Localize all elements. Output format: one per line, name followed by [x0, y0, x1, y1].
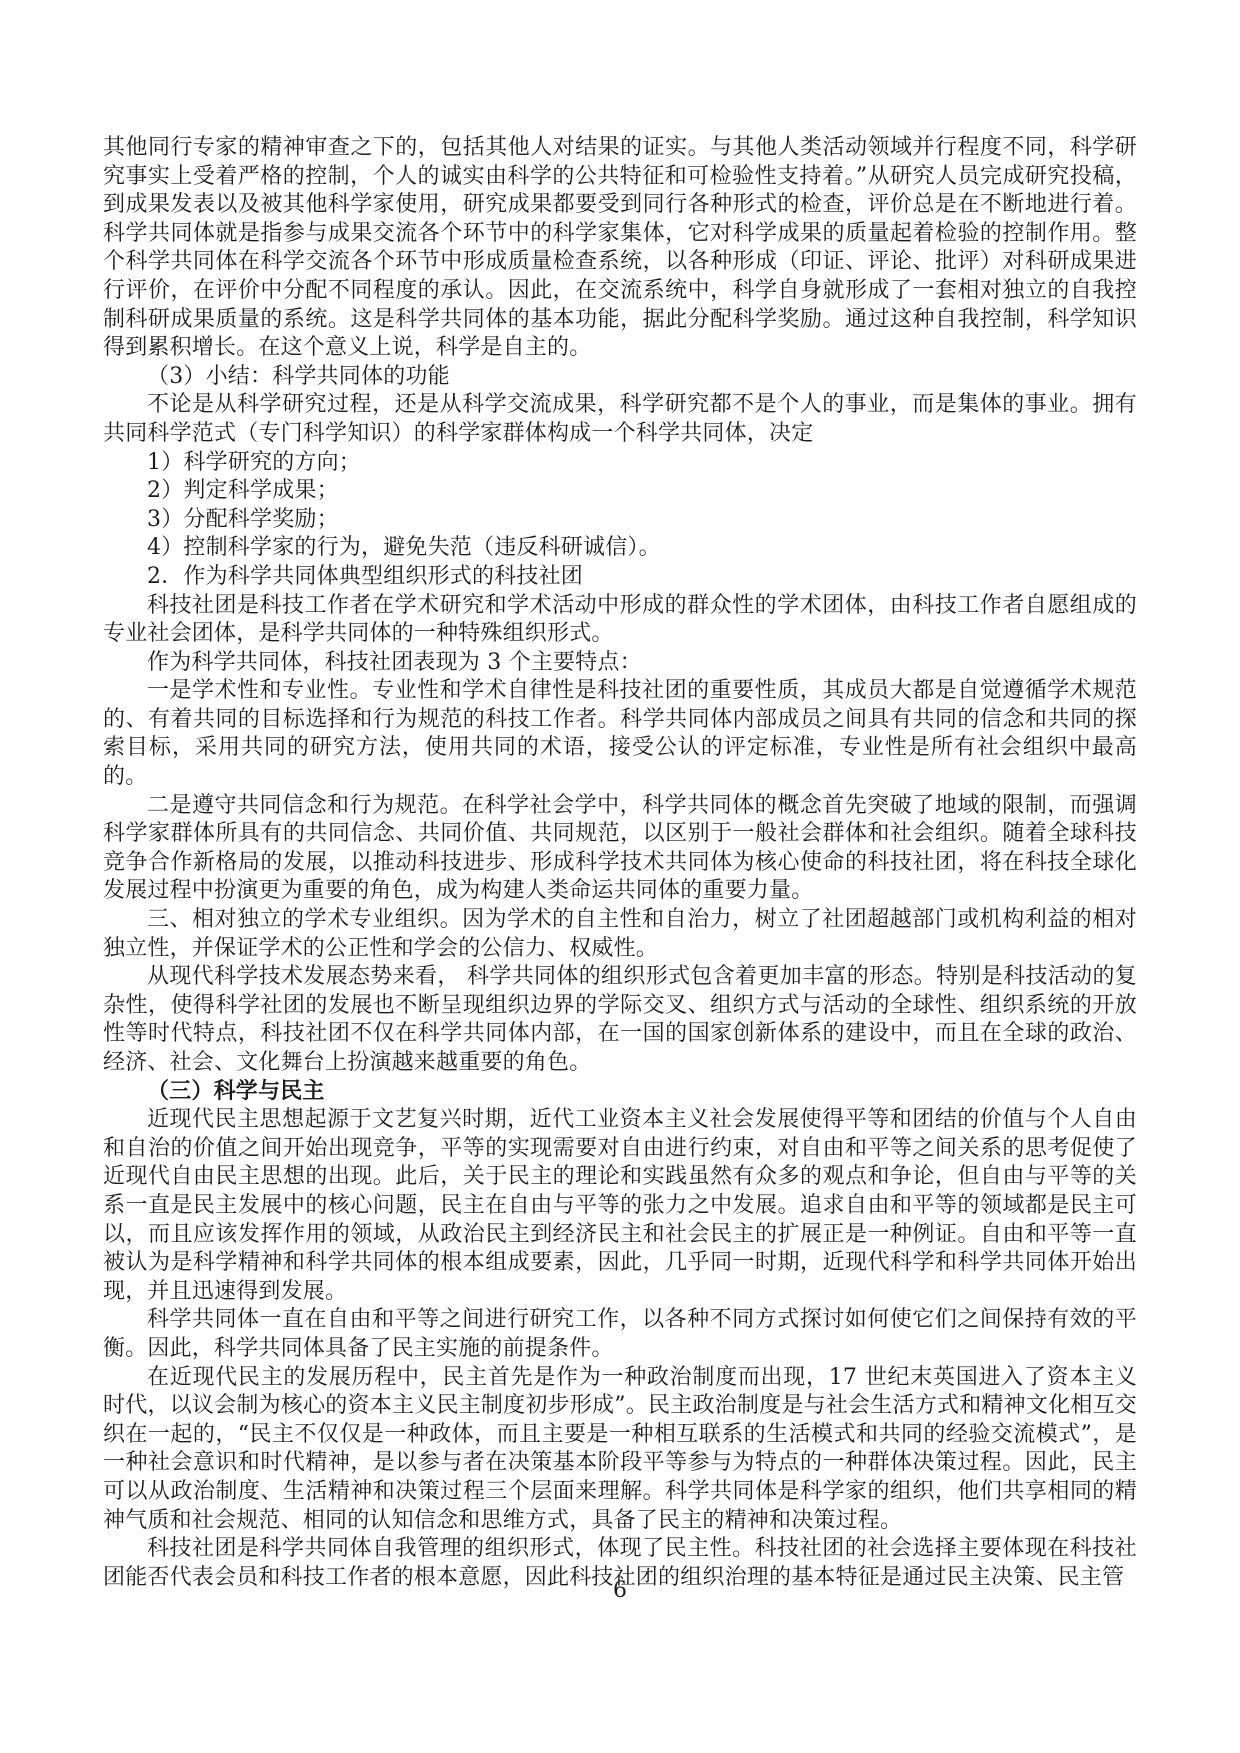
- section-heading-science-and-democracy: （三）科学与民主: [103, 1078, 1137, 1107]
- subsection-heading-summary: （3）小结：科学共同体的功能: [103, 363, 1137, 392]
- numbered-item-4: 4）控制科学家的行为，避免失范（违反科研诚信）。: [103, 534, 1137, 563]
- numbered-item-2: 2）判定科学成果；: [103, 477, 1137, 506]
- paragraph: 从现代科学技术发展态势来看， 科学共同体的组织形式包含着更加丰富的形态。特别是科…: [103, 963, 1137, 1077]
- paragraph: 近现代民主思想起源于文艺复兴时期，近代工业资本主义社会发展使得平等和团结的价值与…: [103, 1106, 1137, 1306]
- paragraph: 在近现代民主的发展历程中，民主首先是作为一种政治制度而出现，17 世纪末英国进入…: [103, 1364, 1137, 1536]
- paragraph: 科技社团是科技工作者在学术研究和学术活动中形成的群众性的学术团体，由科技工作者自…: [103, 592, 1137, 649]
- document-page: 其他同行专家的精神审查之下的，包括其他人对结果的证实。与其他人类活动领域并行程度…: [0, 0, 1240, 1753]
- paragraph-three-features-lead: 作为科学共同体，科技社团表现为 3 个主要特点：: [103, 649, 1137, 678]
- numbered-item-1: 1）科学研究的方向；: [103, 449, 1137, 478]
- paragraph-continuation: 其他同行专家的精神审查之下的，包括其他人对结果的证实。与其他人类活动领域并行程度…: [103, 134, 1137, 363]
- paragraph-feature-2: 二是遵守共同信念和行为规范。在科学社会学中，科学共同体的概念首先突破了地域的限制…: [103, 792, 1137, 906]
- paragraph-feature-3: 三、相对独立的学术专业组织。因为学术的自主性和自治力，树立了社团超越部门或机构利…: [103, 906, 1137, 963]
- numbered-item-3: 3）分配科学奖励；: [103, 506, 1137, 535]
- paragraph: 科学共同体一直在自由和平等之间进行研究工作，以各种不同方式探讨如何使它们之间保持…: [103, 1306, 1137, 1363]
- paragraph-feature-1: 一是学术性和专业性。专业性和学术自律性是科技社团的重要性质，其成员大都是自觉遵循…: [103, 677, 1137, 791]
- subsection-heading-sci-tech-societies: 2．作为科学共同体典型组织形式的科技社团: [103, 563, 1137, 592]
- document-body: 其他同行专家的精神审查之下的，包括其他人对结果的证实。与其他人类活动领域并行程度…: [103, 134, 1137, 1592]
- paragraph: 不论是从科学研究过程，还是从科学交流成果，科学研究都不是个人的事业，而是集体的事…: [103, 391, 1137, 448]
- page-number: 6: [0, 1578, 1240, 1603]
